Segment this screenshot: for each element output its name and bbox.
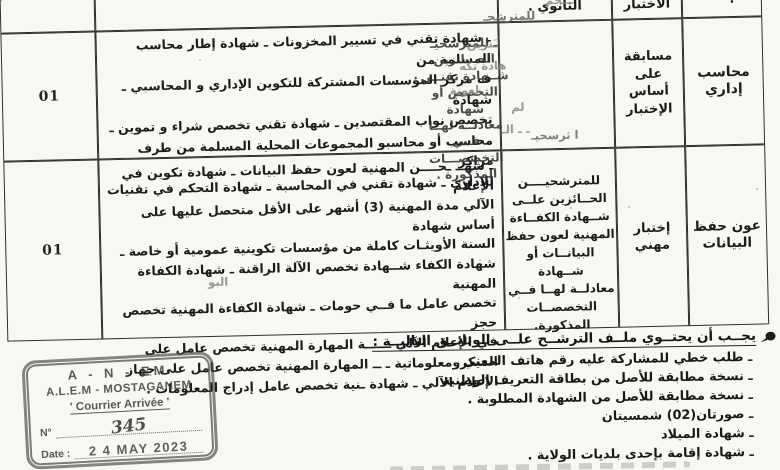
header-exam-cell: الأختبار bbox=[611, 0, 683, 20]
header-job-cell: · bbox=[681, 0, 763, 18]
ghost-fragment: هادة تكه bbox=[459, 58, 506, 73]
row1-count-cell: 01 bbox=[0, 32, 98, 162]
arrival-stamp-inner: A - N - EM A.L.E.M - MOSTAGANEM ' Courri… bbox=[25, 355, 214, 465]
row2-job-title-cell: عون حفظ البيانات bbox=[685, 144, 769, 326]
stamp-date-row: Date : 2 4 MAY 2023 bbox=[41, 434, 204, 461]
exam-header-label: الأختبار bbox=[624, 0, 671, 13]
stamp-date-line: 2 4 MAY 2023 bbox=[74, 434, 204, 460]
row2-exam-cell: إختبار مهني bbox=[615, 146, 689, 328]
stamp-number-label: N° bbox=[40, 426, 52, 439]
ghost-fragment: لعونة bbox=[450, 83, 480, 98]
ghost-fragment: البو bbox=[208, 275, 228, 289]
row2-count: 01 bbox=[42, 242, 64, 258]
scanned-announcement-page: الثانوي . الأختبار · 01 ـ شهادة تقني في … bbox=[0, 0, 780, 470]
stamp-date-label: Date : bbox=[41, 448, 71, 462]
row1-job-title-cell: محاسب إداري bbox=[682, 16, 765, 146]
ghost-fragment: ا ثرسحيـ bbox=[531, 128, 579, 143]
stamp-number-line: 345 bbox=[55, 410, 202, 439]
ghost-fragment: ـ ـ الـ bbox=[502, 122, 530, 137]
ghost-fragment: ـَنزين bbox=[467, 36, 498, 51]
row1-exam-cell: مسابقة على أساس الإختبار bbox=[612, 18, 685, 148]
row2-qualification-cell: للمترشحيــــن الحــائزين علــى شــهادة ا… bbox=[501, 148, 619, 331]
arrival-stamp: A - N - EM A.L.E.M - MOSTAGANEM ' Courri… bbox=[21, 351, 218, 470]
row2-count-cell: 01 bbox=[3, 159, 102, 341]
ghost-fragment: لم bbox=[511, 100, 525, 114]
header-dot: · bbox=[729, 0, 734, 10]
ghost-fragment: ـــجم bbox=[545, 0, 574, 7]
recruitment-table: الثانوي . الأختبار · 01 ـ شهادة تقني في … bbox=[0, 0, 769, 342]
stamp-date-value: 2 4 MAY 2023 bbox=[88, 438, 188, 458]
header-count-cell bbox=[0, 0, 95, 34]
paper-specks bbox=[0, 0, 2, 2]
row1-overlay-qualification: ـ للمترشحيـ الحـــائزين شــهادة تقنــي ا… bbox=[413, 34, 518, 184]
stamp-number-value: 345 bbox=[110, 414, 148, 438]
row1-count: 01 bbox=[38, 88, 60, 104]
ghost-fragment: للمترشحـ bbox=[483, 9, 535, 24]
hand-marker-icon bbox=[760, 329, 776, 348]
requirements-section: يجــب أن يحتــوي ملــف الترشــح علــى ال… bbox=[332, 328, 778, 469]
